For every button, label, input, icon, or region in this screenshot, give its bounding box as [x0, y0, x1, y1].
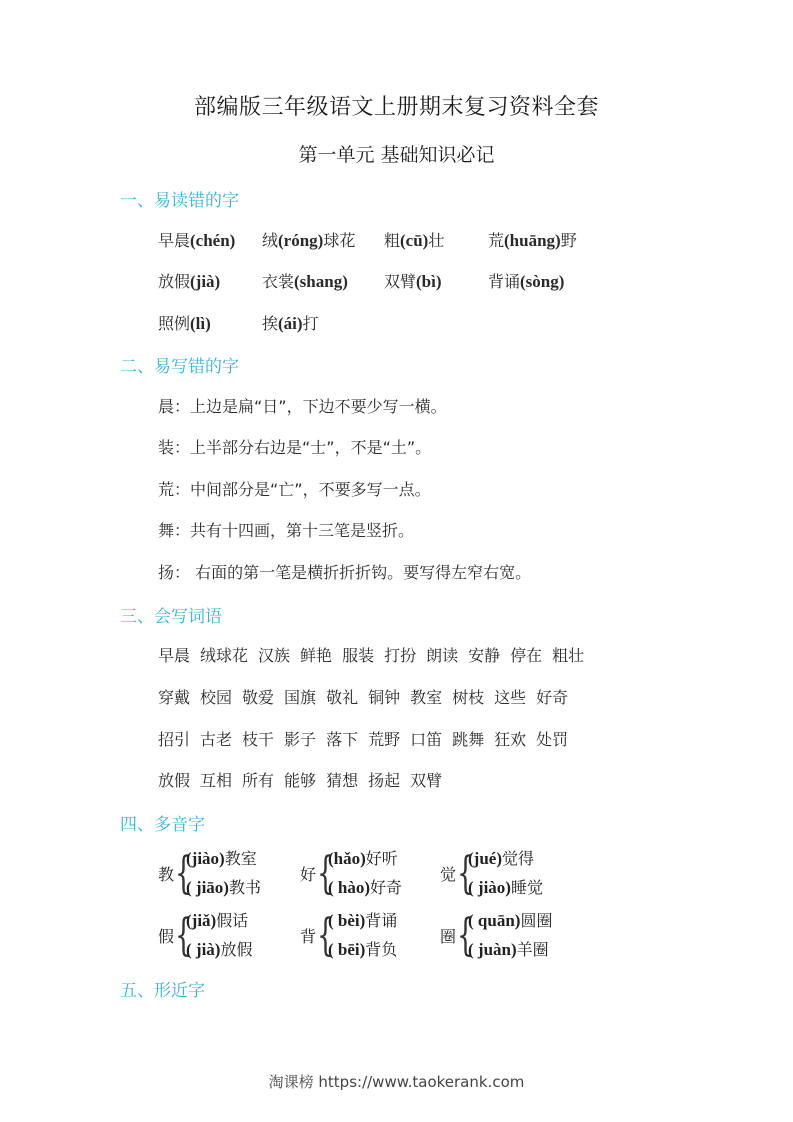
word-row-4: 放假互相所有能够猜想扬起双臂 — [158, 768, 452, 791]
section-heading-2: 二、易写错的字 — [120, 352, 239, 377]
writing-note: 晨：上边是扁“日”，下边不要少写一横。 — [158, 394, 447, 417]
section-heading-4: 四、多音字 — [120, 810, 205, 835]
doc-title: 部编版三年级语文上册期末复习资料全套 — [0, 90, 793, 121]
writing-note: 扬： 右面的第一笔是横折折折钩。要写得左窄右宽。 — [158, 560, 531, 583]
writing-note: 舞：共有十四画，第十三笔是竖折。 — [158, 518, 414, 541]
section-heading-3: 三、会写词语 — [120, 602, 222, 627]
pinyin-item: 早晨(chén) — [158, 228, 235, 251]
pinyin-item: 双臂(bì) — [384, 269, 442, 292]
section-heading-1: 一、易读错的字 — [120, 186, 239, 211]
footer-watermark: 淘课榜 https://www.taokerank.com — [0, 1071, 793, 1092]
writing-note: 荒：中间部分是“亡”，不要多写一点。 — [158, 477, 431, 500]
pinyin-item: 挨(ái)打 — [262, 311, 319, 334]
pinyin-item: 放假(jià) — [158, 269, 220, 292]
pinyin-item: 背诵(sòng) — [488, 269, 564, 292]
writing-note: 装：上半部分右边是“士”，不是“土”。 — [158, 435, 431, 458]
pinyin-item: 粗(cū)壮 — [384, 228, 444, 251]
word-row-3: 招引古老枝干影子落下荒野口笛跳舞狂欢处罚 — [158, 727, 578, 750]
section-heading-5: 五、形近字 — [120, 976, 205, 1001]
pinyin-item: 衣裳(shang) — [262, 269, 348, 292]
pinyin-item: 荒(huāng)野 — [488, 228, 577, 251]
word-row-2: 穿戴校园敬爱国旗敬礼铜钟教室树枝这些好奇 — [158, 685, 578, 708]
pinyin-item: 绒(róng)球花 — [262, 228, 355, 251]
pinyin-item: 照例(lì) — [158, 311, 211, 334]
doc-subtitle: 第一单元 基础知识必记 — [0, 140, 793, 167]
word-row-1: 早晨绒球花汉族鲜艳服装打扮朗读安静停在粗壮 — [158, 643, 594, 666]
